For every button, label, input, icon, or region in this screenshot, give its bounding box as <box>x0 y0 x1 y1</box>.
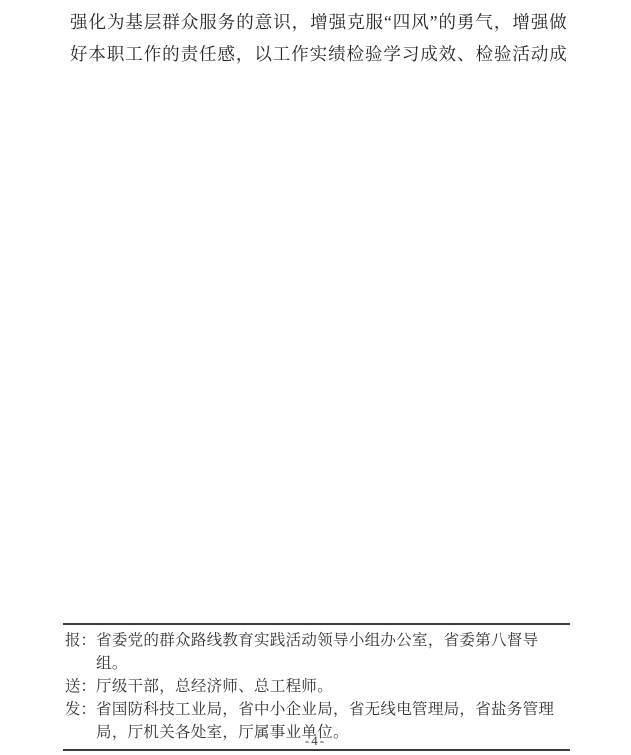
distribution-label-report: 报： <box>65 629 96 652</box>
document-page: 强化为基层群众服务的意识，增强克服“四风”的勇气，增强做 好本职工作的责任感，以… <box>0 0 631 755</box>
body-text-line-2: 好本职工作的责任感，以工作实绩检验学习成效、检验活动成效。 <box>70 38 567 70</box>
distribution-content-line: 省委党的群众路线教育实践活动领导小组办公室，省委第八督导组。 <box>96 629 570 675</box>
distribution-content-send: 厅级干部，总经济师、总工程师。 <box>96 675 570 698</box>
distribution-content-line: 省国防科技工业局，省中小企业局，省无线电管理局，省盐务管理 <box>96 698 570 721</box>
body-text-line-1: 强化为基层群众服务的意识，增强克服“四风”的勇气，增强做 <box>70 6 567 38</box>
distribution-block: 报： 省委党的群众路线教育实践活动领导小组办公室，省委第八督导组。 送： 厅级干… <box>63 623 570 751</box>
body-paragraph: 强化为基层群众服务的意识，增强克服“四风”的勇气，增强做 好本职工作的责任感，以… <box>70 6 567 70</box>
distribution-content-line: 厅级干部，总经济师、总工程师。 <box>96 675 570 698</box>
distribution-label-issue: 发： <box>65 698 96 721</box>
page-number: -4- <box>0 733 631 749</box>
distribution-row-report: 报： 省委党的群众路线教育实践活动领导小组办公室，省委第八督导组。 <box>65 629 570 675</box>
distribution-label-send: 送： <box>65 675 96 698</box>
distribution-row-send: 送： 厅级干部，总经济师、总工程师。 <box>65 675 570 698</box>
distribution-content-report: 省委党的群众路线教育实践活动领导小组办公室，省委第八督导组。 <box>96 629 570 675</box>
